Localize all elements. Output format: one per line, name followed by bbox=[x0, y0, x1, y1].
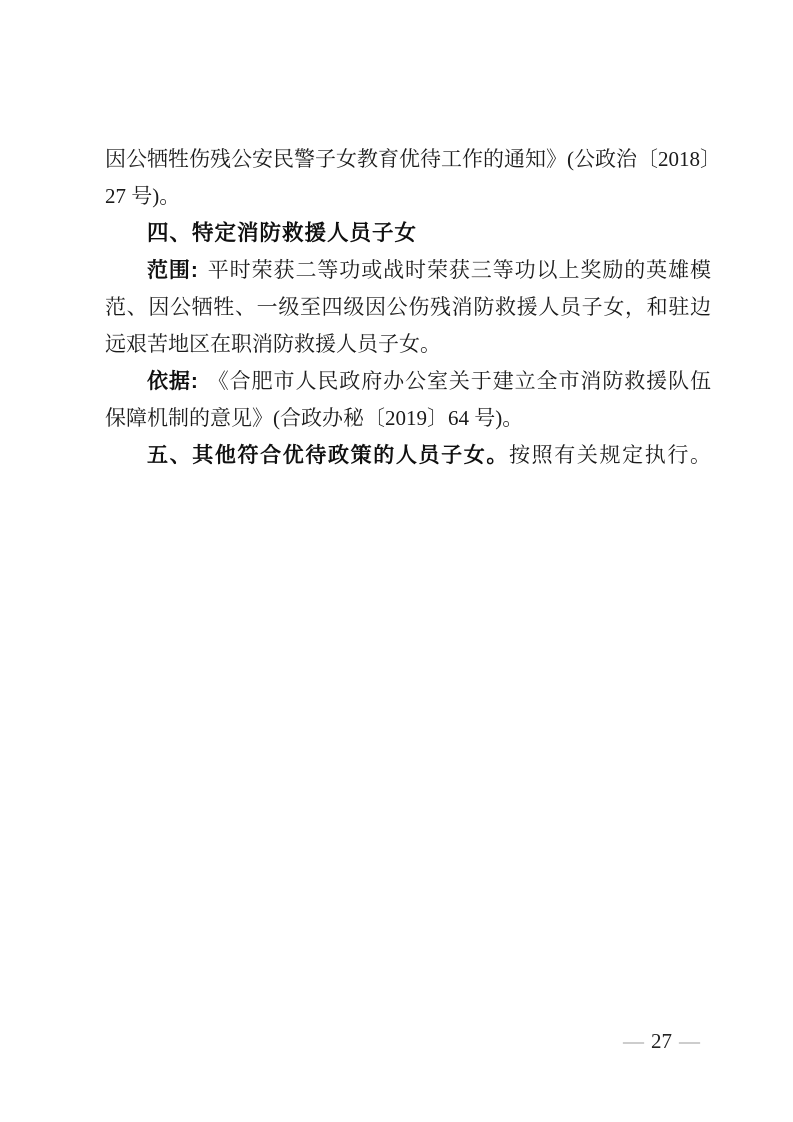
notice-paragraph-line-2: 27 号)。 bbox=[105, 178, 711, 215]
body-text: 范、因公牺牲、一级至四级因公伤残消防救援人员子女，和驻边 bbox=[105, 295, 711, 319]
scope-label: 范围: bbox=[147, 259, 198, 282]
scope-paragraph-line-2: 范、因公牺牲、一级至四级因公伤残消防救援人员子女，和驻边 bbox=[105, 289, 711, 326]
document-page: 因公牺牲伤残公安民警子女教育优待工作的通知》(公政治〔2018〕 27 号)。 … bbox=[0, 0, 793, 1122]
scope-paragraph-line-3: 远艰苦地区在职消防救援人员子女。 bbox=[105, 326, 711, 363]
page-number-dash-right: — bbox=[679, 1029, 700, 1053]
scope-paragraph-line-1: 范围:平时荣获二等功或战时荣获三等功以上奖励的英雄模 bbox=[105, 252, 711, 289]
section-5-heading-text: 五、其他符合优待政策的人员子女。 bbox=[147, 444, 509, 467]
page-number: —27— bbox=[623, 1029, 700, 1053]
document-body: 因公牺牲伤残公安民警子女教育优待工作的通知》(公政治〔2018〕 27 号)。 … bbox=[105, 141, 711, 474]
notice-paragraph-line-1: 因公牺牲伤残公安民警子女教育优待工作的通知》(公政治〔2018〕 bbox=[105, 141, 711, 178]
body-text: 保障机制的意见》(合政办秘〔2019〕64 号)。 bbox=[105, 406, 523, 430]
basis-paragraph-line-1: 依据:《合肥市人民政府办公室关于建立全市消防救援队伍 bbox=[105, 363, 711, 400]
body-text: 因公牺牲伤残公安民警子女教育优待工作的通知》(公政治〔2018〕 bbox=[105, 147, 721, 171]
section-4-heading: 四、特定消防救援人员子女 bbox=[105, 215, 711, 252]
page-number-dash-left: — bbox=[623, 1029, 644, 1053]
page-number-value: 27 bbox=[651, 1029, 672, 1053]
basis-label: 依据: bbox=[147, 370, 198, 393]
basis-paragraph-line-2: 保障机制的意见》(合政办秘〔2019〕64 号)。 bbox=[105, 400, 711, 437]
body-text: 《合肥市人民政府办公室关于建立全市消防救援队伍 bbox=[207, 369, 711, 393]
section-5-body-text: 按照有关规定执行。 bbox=[509, 443, 711, 467]
heading-text: 四、特定消防救援人员子女 bbox=[147, 221, 417, 245]
body-text: 27 号)。 bbox=[105, 184, 180, 208]
section-5-line: 五、其他符合优待政策的人员子女。按照有关规定执行。 bbox=[105, 437, 711, 474]
body-text: 远艰苦地区在职消防救援人员子女。 bbox=[105, 332, 441, 356]
body-text: 平时荣获二等功或战时荣获三等功以上奖励的英雄模 bbox=[207, 258, 711, 282]
